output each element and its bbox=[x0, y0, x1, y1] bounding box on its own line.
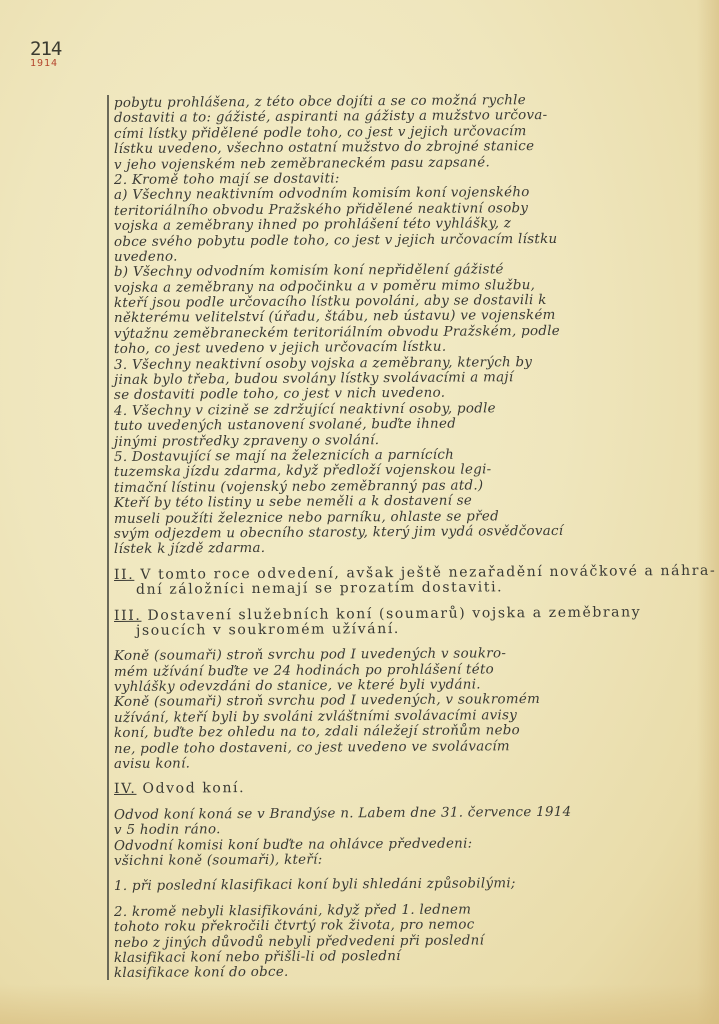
section-iv: IV. Odvod koní. Odvod koní koná se v Bra… bbox=[114, 782, 704, 981]
margin-rule bbox=[107, 95, 109, 980]
section-ii: II. V tomto roce odvedení, avšak ještě n… bbox=[114, 568, 704, 599]
section-numeral: II. bbox=[114, 567, 134, 583]
handwritten-text-block: pobytu prohlášena, z této obce dojíti a … bbox=[114, 96, 704, 982]
page-year-stamp: 1914 bbox=[30, 58, 58, 69]
section-iv-title: Odvod koní. bbox=[142, 780, 245, 797]
page-edge-bottom bbox=[0, 984, 719, 1024]
page-number: 214 bbox=[30, 38, 61, 60]
section-numeral: III. bbox=[114, 607, 142, 623]
section-iii: III. Dostavení služebních koní (soumarů)… bbox=[114, 609, 704, 773]
text-line: klasifikace koní do obce. bbox=[114, 962, 704, 982]
section-numeral: IV. bbox=[114, 781, 137, 797]
